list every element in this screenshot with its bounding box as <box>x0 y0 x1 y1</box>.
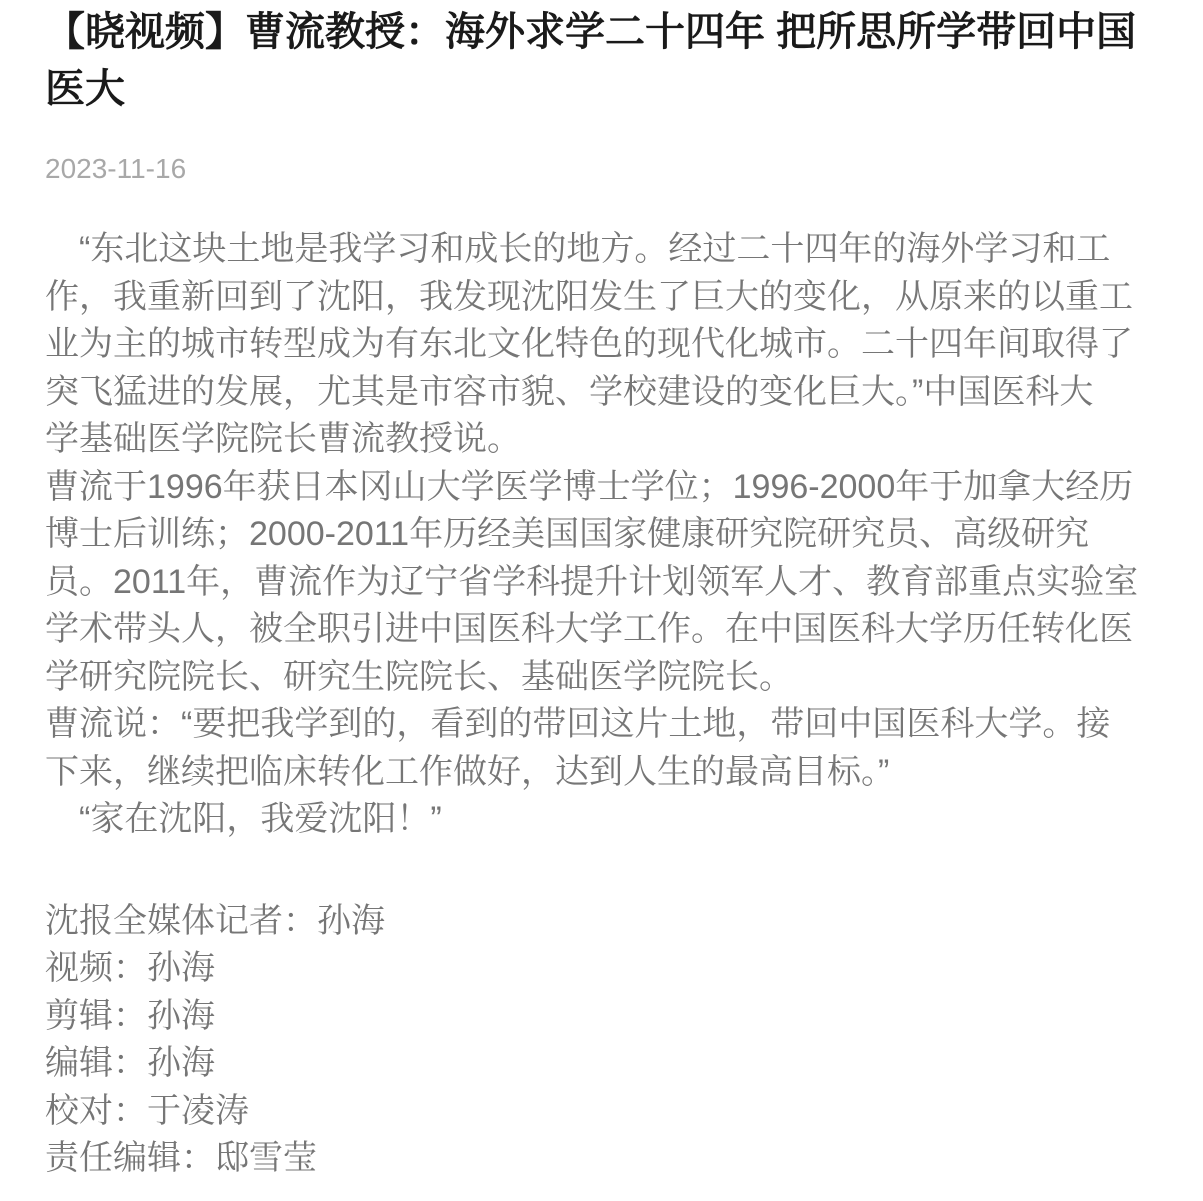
body-line: 突飞猛进的发展，尤其是市容市貌、学校建设的变化巨大。”中国医科大 <box>45 369 1158 417</box>
body-line: 下来，继续把临床转化工作做好，达到人生的最高目标。” <box>45 749 1158 797</box>
article-title: 【晓视频】曹流教授：海外求学二十四年 把所思所学带回中国 医大 <box>45 4 1158 118</box>
credit-line-editor: 编辑：孙海 <box>45 1040 1158 1088</box>
body-line: 业为主的城市转型成为有东北文化特色的现代化城市。二十四年间取得了 <box>45 321 1158 369</box>
body-line: 学基础医学院院长曹流教授说。 <box>45 416 1158 464</box>
body-line: 曹流说：“要把我学到的，看到的带回这片土地，带回中国医科大学。接 <box>45 701 1158 749</box>
publish-date: 2023-11-16 <box>45 149 1158 189</box>
credits-block: 沈报全媒体记者：孙海 视频：孙海 剪辑：孙海 编辑：孙海 校对：于凌涛 责任编辑… <box>45 898 1158 1183</box>
title-line-2: 医大 <box>45 61 1158 118</box>
body-line: 学术带头人，被全职引进中国医科大学工作。在中国医科大学历任转化医 <box>45 606 1158 654</box>
body-line: 员。2011年，曹流作为辽宁省学科提升计划领军人才、教育部重点实验室 <box>45 559 1158 607</box>
credit-line-proofreader: 校对：于凌涛 <box>45 1088 1158 1136</box>
credit-line-chief-editor: 责任编辑：邸雪莹 <box>45 1135 1158 1183</box>
body-line: “东北这块土地是我学习和成长的地方。经过二十四年的海外学习和工 <box>45 226 1158 274</box>
article-page: 【晓视频】曹流教授：海外求学二十四年 把所思所学带回中国 医大 2023-11-… <box>0 0 1203 1201</box>
credit-line-cut: 剪辑：孙海 <box>45 993 1158 1041</box>
body-line: 学研究院院长、研究生院院长、基础医学院院长。 <box>45 654 1158 702</box>
body-line: “家在沈阳，我爱沈阳！” <box>45 796 1158 844</box>
credit-line-video: 视频：孙海 <box>45 945 1158 993</box>
title-line-1: 【晓视频】曹流教授：海外求学二十四年 把所思所学带回中国 <box>45 4 1158 61</box>
body-line: 曹流于1996年获日本冈山大学医学博士学位；1996-2000年于加拿大经历 <box>45 464 1158 512</box>
article-body: “东北这块土地是我学习和成长的地方。经过二十四年的海外学习和工 作，我重新回到了… <box>45 226 1158 844</box>
body-line: 作，我重新回到了沈阳，我发现沈阳发生了巨大的变化，从原来的以重工 <box>45 274 1158 322</box>
body-line: 博士后训练；2000-2011年历经美国国家健康研究院研究员、高级研究 <box>45 511 1158 559</box>
credit-line-reporter: 沈报全媒体记者：孙海 <box>45 898 1158 946</box>
